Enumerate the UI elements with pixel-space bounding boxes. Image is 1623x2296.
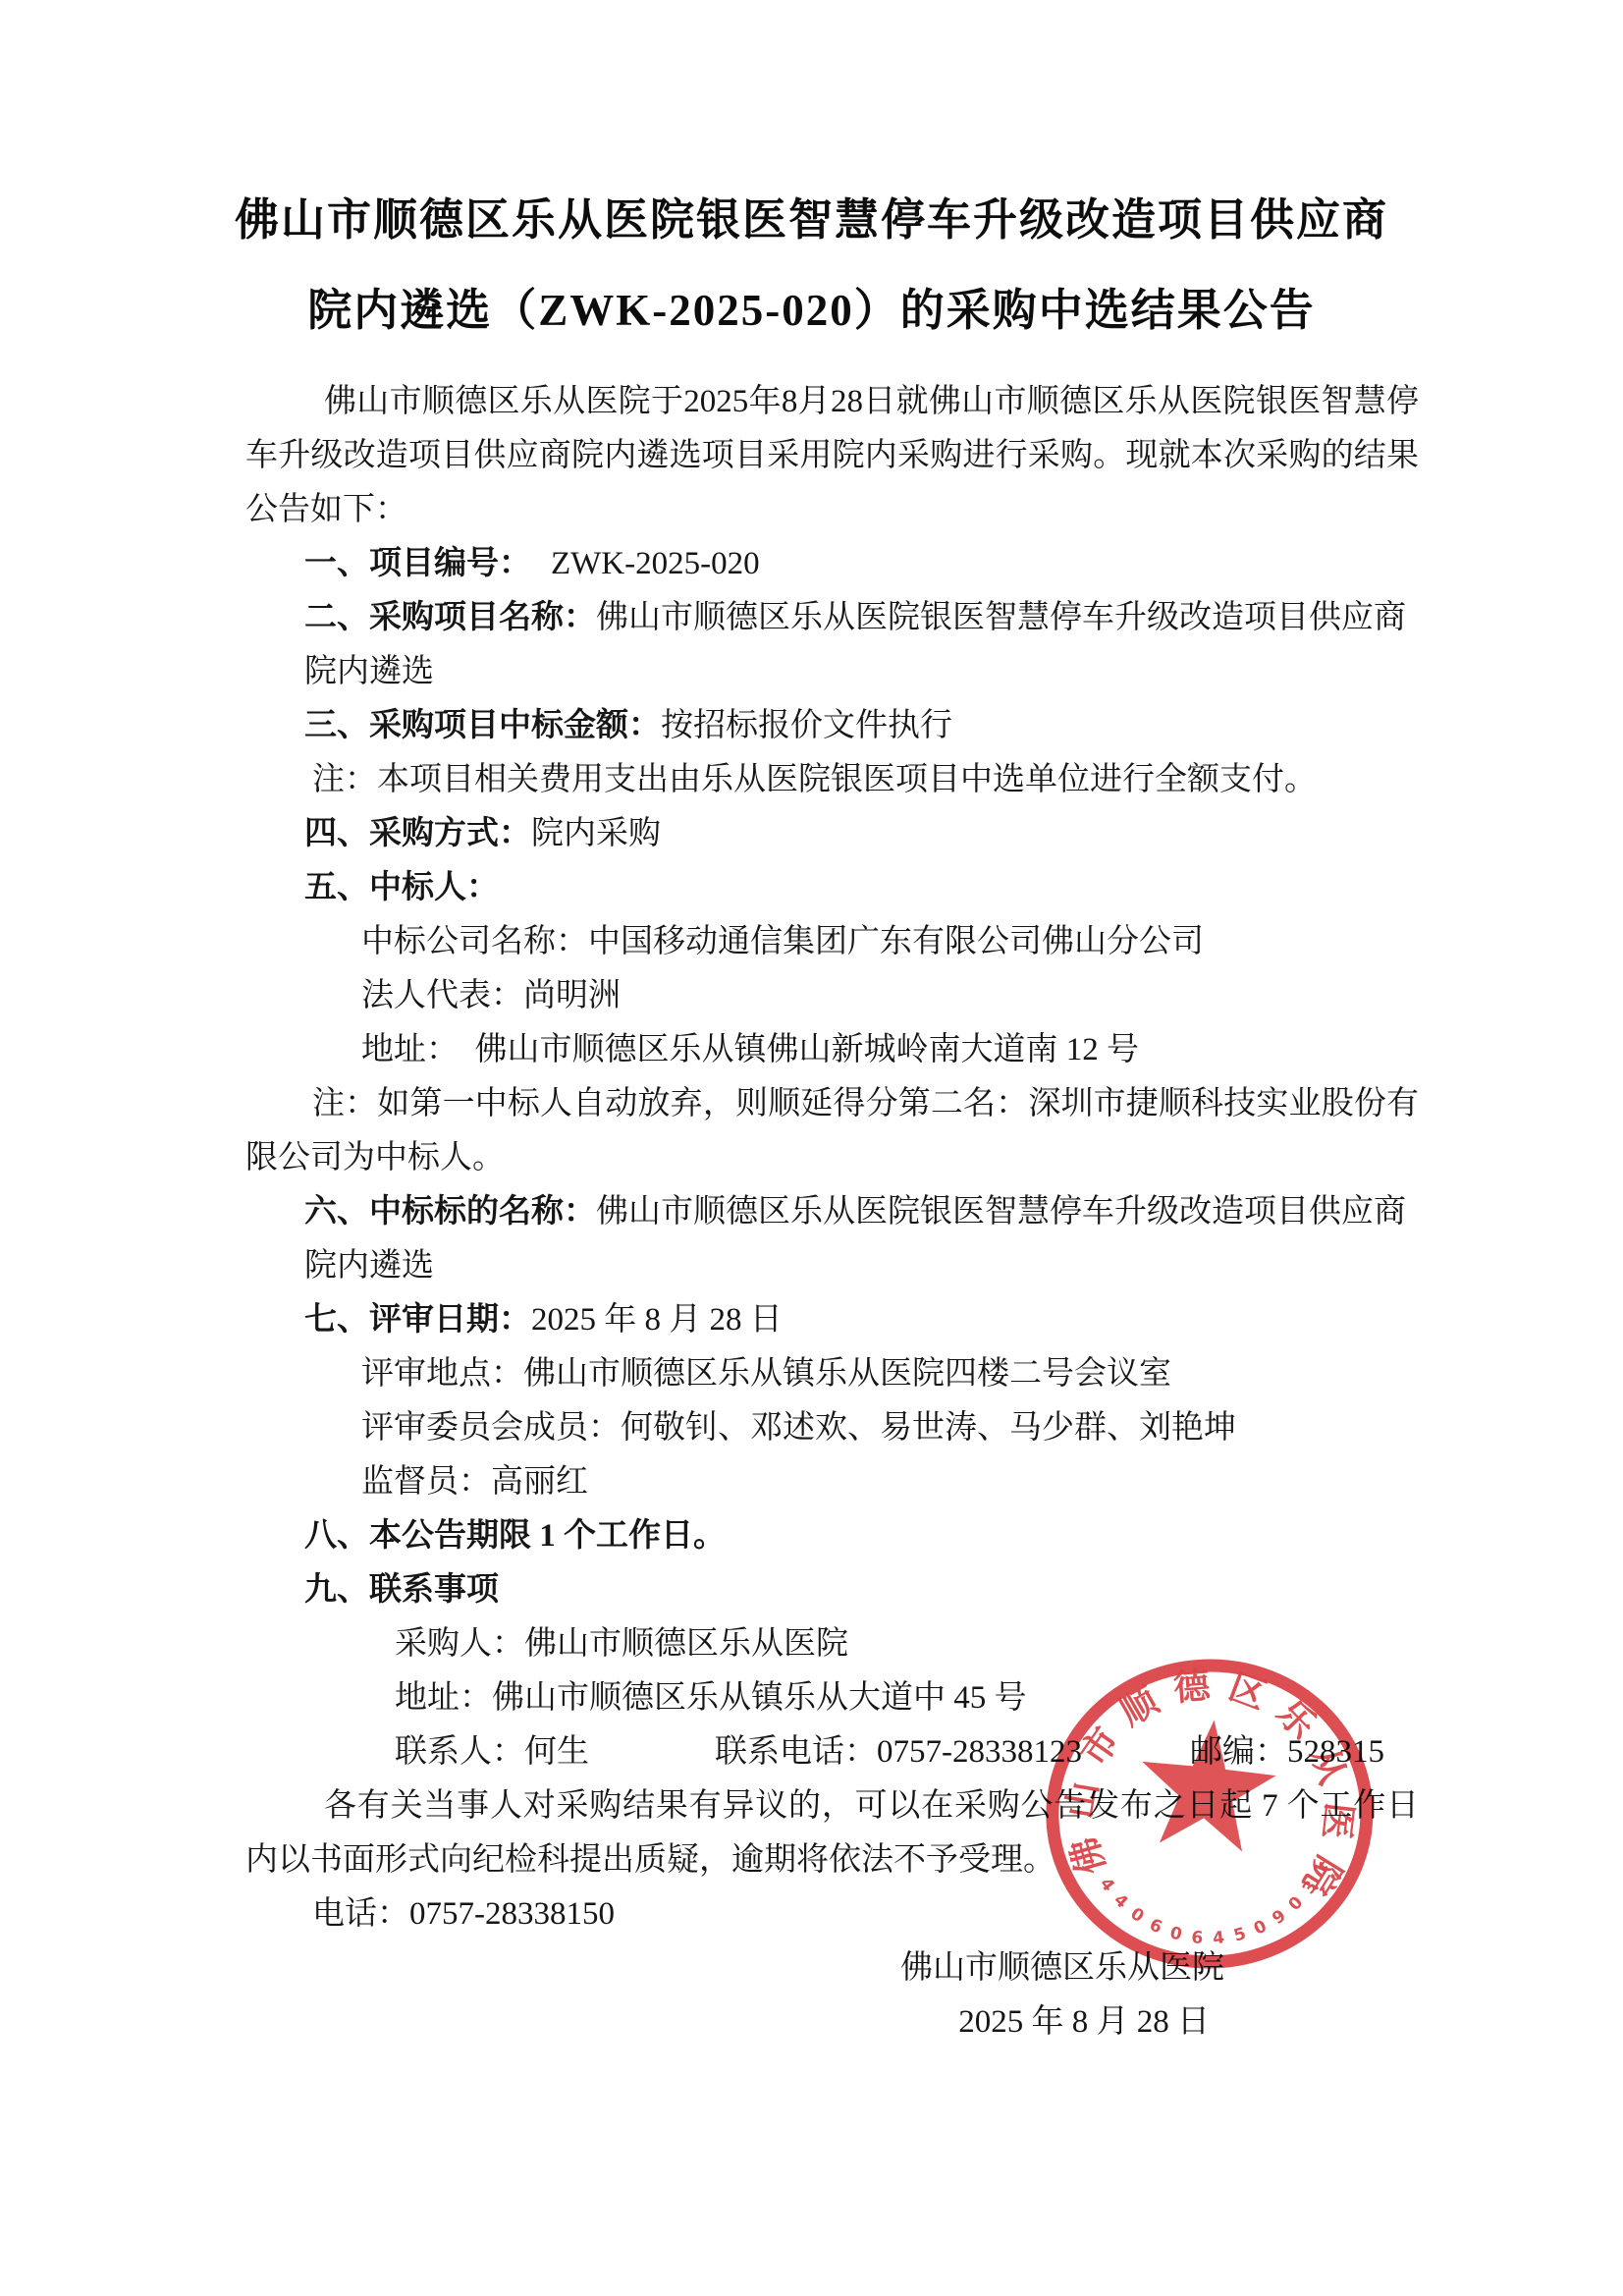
item-5-winner-heading: 五、中标人： <box>245 861 1419 915</box>
title-line-2: 院内遴选（ZWK-2025-020）的采购中选结果公告 <box>118 265 1505 355</box>
item-7-review-date: 七、评审日期：2025 年 8 月 28 日 <box>245 1293 1419 1347</box>
item-7-value: 2025 年 8 月 28 日 <box>531 1302 783 1338</box>
item-2-label: 二、采购项目名称： <box>304 600 596 635</box>
postcode: 邮编：528315 <box>1190 1725 1384 1779</box>
winner-company-line: 中标公司名称：中国移动通信集团广东有限公司佛山分公司 <box>245 915 1419 969</box>
signature-organization: 佛山市顺德区乐从医院 <box>245 1941 1419 1995</box>
title-line-1: 佛山市顺德区乐从医院银医智慧停车升级改造项目供应商 <box>118 175 1505 265</box>
item-4-procurement-method: 四、采购方式：院内采购 <box>245 807 1419 861</box>
document-title: 佛山市顺德区乐从医院银医智慧停车升级改造项目供应商 院内遴选（ZWK-2025-… <box>118 175 1505 355</box>
contact-person: 联系人：何生 <box>395 1725 589 1779</box>
item-4-label: 四、采购方式： <box>304 816 531 851</box>
contact-phone: 联系电话：0757-28338123 <box>715 1725 1082 1779</box>
item-2-project-name: 二、采购项目名称：佛山市顺德区乐从医院银医智慧停车升级改造项目供应商院内遴选 <box>245 591 1419 699</box>
buyer-line: 采购人：佛山市顺德区乐从医院 <box>245 1617 1419 1671</box>
item-3-value: 按招标报价文件执行 <box>661 708 952 743</box>
note-second-place: 注：如第一中标人自动放弃，则顺延得分第二名：深圳市捷顺科技实业股份有限公司为中标… <box>245 1077 1419 1185</box>
legal-representative-line: 法人代表：尚明洲 <box>245 969 1419 1023</box>
item-1-label: 一、项目编号： <box>304 546 531 581</box>
item-9-contact-heading: 九、联系事项 <box>245 1563 1419 1617</box>
item-5-label: 五、中标人： <box>304 870 499 905</box>
winner-address-line: 地址： 佛山市顺德区乐从镇佛山新城岭南大道南 12 号 <box>245 1023 1419 1077</box>
item-3-label: 三、采购项目中标金额： <box>304 708 661 743</box>
supervisor-line: 监督员：高丽红 <box>245 1455 1419 1509</box>
item-7-label: 七、评审日期： <box>304 1302 531 1338</box>
note-payment: 注：本项目相关费用支出由乐从医院银医项目中选单位进行全额支付。 <box>245 753 1419 807</box>
document-page: 佛山市顺德区乐从医院银医智慧停车升级改造项目供应商 院内遴选（ZWK-2025-… <box>0 0 1623 2296</box>
item-1-value: ZWK-2025-020 <box>551 546 760 581</box>
contact-row: 联系人：何生 联系电话：0757-28338123 邮编：528315 <box>245 1725 1419 1779</box>
item-6-award-subject: 六、中标标的名称：佛山市顺德区乐从医院银医智慧停车升级改造项目供应商院内遴选 <box>245 1185 1419 1293</box>
objection-paragraph: 各有关当事人对采购结果有异议的，可以在采购公告发布之日起 7 个工作日内以书面形… <box>245 1779 1419 1887</box>
buyer-address-line: 地址：佛山市顺德区乐从镇乐从大道中 45 号 <box>245 1671 1419 1725</box>
item-4-value: 院内采购 <box>531 816 661 851</box>
item-8-announcement-period: 八、本公告期限 1 个工作日。 <box>245 1509 1419 1563</box>
item-1-project-number: 一、项目编号：ZWK-2025-020 <box>245 537 1419 591</box>
review-place-line: 评审地点：佛山市顺德区乐从镇乐从医院四楼二号会议室 <box>245 1347 1419 1401</box>
item-3-award-amount: 三、采购项目中标金额：按招标报价文件执行 <box>245 699 1419 753</box>
tel-line: 电话：0757-28338150 <box>245 1887 1419 1941</box>
intro-paragraph: 佛山市顺德区乐从医院于2025年8月28日就佛山市顺德区乐从医院银医智慧停车升级… <box>245 375 1419 537</box>
item-6-label: 六、中标标的名称： <box>304 1194 596 1230</box>
review-members-line: 评审委员会成员：何敬钊、邓述欢、易世涛、马少群、刘艳坤 <box>245 1401 1419 1455</box>
document-body: 佛山市顺德区乐从医院于2025年8月28日就佛山市顺德区乐从医院银医智慧停车升级… <box>245 375 1419 2050</box>
signature-date: 2025 年 8 月 28 日 <box>245 1995 1419 2050</box>
